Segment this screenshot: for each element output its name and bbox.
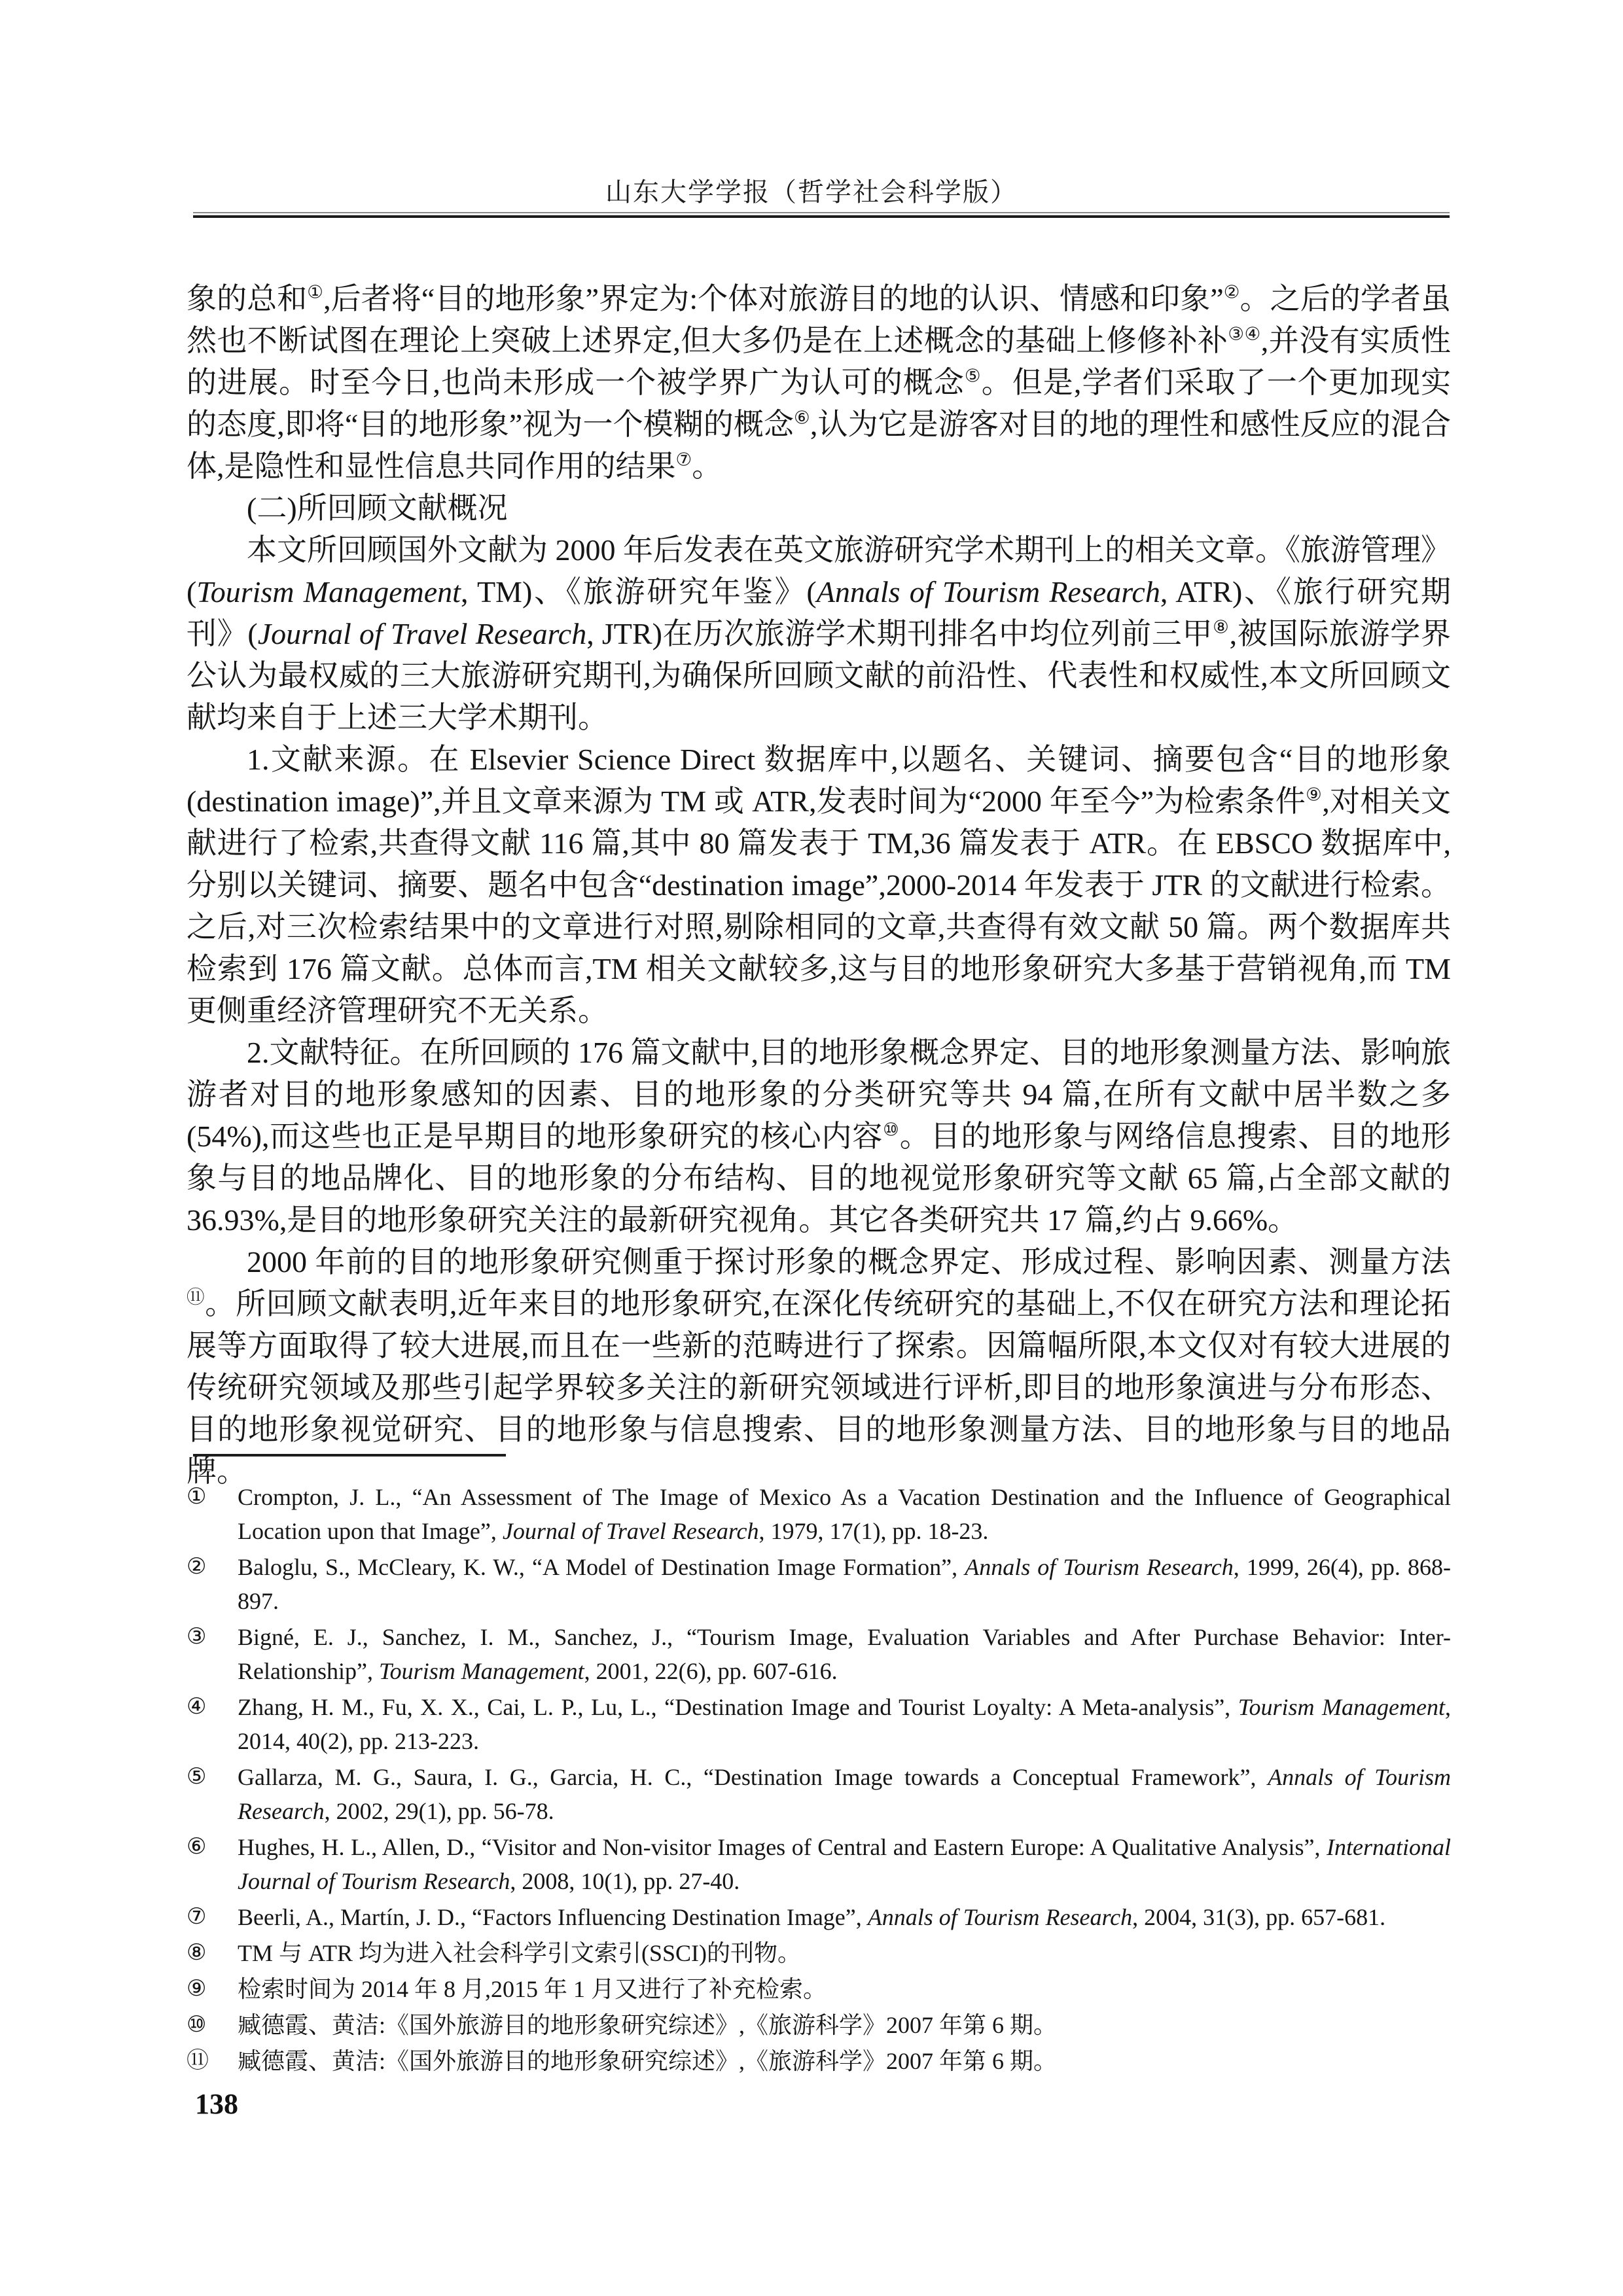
running-head-journal-title: 山东大学学报（哲学社会科学版） — [0, 171, 1623, 209]
journal-page: 山东大学学报（哲学社会科学版） 象的总和①,后者将“目的地形象”界定为:个体对旅… — [0, 0, 1623, 2296]
text-run: , 2008, 10(1), pp. 27-40. — [510, 1868, 740, 1894]
footnote-number: ⑪ — [187, 2044, 238, 2078]
footnote-text: Beerli, A., Martín, J. D., “Factors Infl… — [238, 1900, 1451, 1934]
footnote-item: ⑪臧德霞、黄洁:《国外旅游目的地形象研究综述》,《旅游科学》2007 年第 6 … — [187, 2044, 1451, 2078]
footnote-item: ⑧TM 与 ATR 均为进入社会科学引文索引(SSCI)的刊物。 — [187, 1936, 1451, 1970]
footnote-item: ⑤Gallarza, M. G., Saura, I. G., Garcia, … — [187, 1760, 1451, 1828]
footnote-text: Hughes, H. L., Allen, D., “Visitor and N… — [238, 1830, 1451, 1898]
footnote-text: TM 与 ATR 均为进入社会科学引文索引(SSCI)的刊物。 — [238, 1936, 1451, 1970]
body-paragraph: (二)所回顾文献概况 — [187, 487, 1451, 529]
text-run: Beerli, A., Martín, J. D., “Factors Infl… — [238, 1904, 868, 1930]
text-run: Journal of Travel Research — [258, 617, 586, 650]
article-body: 象的总和①,后者将“目的地形象”界定为:个体对旅游目的地的认识、情感和印象”②。… — [187, 278, 1451, 1492]
text-run: 1.文献来源。在 Elsevier Science Direct 数据库中,以题… — [187, 743, 1451, 818]
footnote-number: ⑨ — [187, 1972, 238, 2006]
text-run: Tourism Management — [1238, 1694, 1445, 1720]
text-run: , TM)、《旅游研究年鉴》( — [461, 575, 817, 609]
footnote-item: ④Zhang, H. M., Fu, X. X., Cai, L. P., Lu… — [187, 1690, 1451, 1758]
text-run: Journal of Travel Research — [503, 1518, 759, 1544]
footnote-reference-mark: ⑥ — [794, 408, 810, 428]
text-run: Hughes, H. L., Allen, D., “Visitor and N… — [238, 1834, 1327, 1860]
text-run: , JTR)在历次旅游学术期刊排名中均位列前三甲 — [586, 617, 1213, 650]
footnote-text: Baloglu, S., McCleary, K. W., “A Model o… — [238, 1550, 1451, 1618]
text-run: Gallarza, M. G., Saura, I. G., Garcia, H… — [238, 1764, 1268, 1790]
text-run: Annals of Tourism Research — [965, 1554, 1234, 1580]
footnote-number: ② — [187, 1550, 238, 1618]
footnote-text: 臧德霞、黄洁:《国外旅游目的地形象研究综述》,《旅游科学》2007 年第 6 期… — [238, 2044, 1451, 2078]
footnote-text: Zhang, H. M., Fu, X. X., Cai, L. P., Lu,… — [238, 1690, 1451, 1758]
text-run: ,对相关文献进行了检索,共查得文献 116 篇,其中 80 篇发表于 TM,36… — [187, 785, 1451, 1027]
text-run: 。所回顾文献表明,近年来目的地形象研究,在深化传统研究的基础上,不仅在研究方法和… — [187, 1287, 1451, 1488]
footnote-reference-mark: ② — [1224, 282, 1240, 302]
footnote-text: 检索时间为 2014 年 8 月,2015 年 1 月又进行了补充检索。 — [238, 1972, 1451, 2006]
footnote-number: ⑥ — [187, 1830, 238, 1898]
text-run: Annals of Tourism Research — [868, 1904, 1132, 1930]
footnote-reference-mark: ③④ — [1228, 324, 1260, 344]
header-rule-thin-line — [193, 212, 1450, 213]
footnote-item: ②Baloglu, S., McCleary, K. W., “A Model … — [187, 1550, 1451, 1618]
text-run: 检索时间为 2014 年 8 月,2015 年 1 月又进行了补充检索。 — [238, 1976, 827, 2002]
footnote-number: ⑩ — [187, 2008, 238, 2042]
body-paragraph: 象的总和①,后者将“目的地形象”界定为:个体对旅游目的地的认识、情感和印象”②。… — [187, 278, 1451, 487]
footnote-number: ⑤ — [187, 1760, 238, 1828]
text-run: , 1979, 17(1), pp. 18-23. — [758, 1518, 988, 1544]
footnote-reference-mark: ⑪ — [187, 1287, 205, 1307]
text-run: Tourism Management — [196, 575, 461, 609]
footnote-reference-mark: ⑦ — [676, 450, 692, 470]
footnote-text: Bigné, E. J., Sanchez, I. M., Sanchez, J… — [238, 1620, 1451, 1688]
text-run: , 2001, 22(6), pp. 607-616. — [584, 1658, 838, 1684]
footnote-reference-mark: ① — [307, 282, 323, 302]
text-run: 。 — [692, 450, 722, 483]
text-run: Zhang, H. M., Fu, X. X., Cai, L. P., Lu,… — [238, 1694, 1238, 1720]
footnote-item: ③Bigné, E. J., Sanchez, I. M., Sanchez, … — [187, 1620, 1451, 1688]
text-run: TM 与 ATR 均为进入社会科学引文索引(SSCI)的刊物。 — [238, 1940, 801, 1966]
footnote-item: ⑦Beerli, A., Martín, J. D., “Factors Inf… — [187, 1900, 1451, 1934]
footnote-separator-rule — [193, 1454, 506, 1457]
header-rule — [193, 212, 1450, 218]
footnote-reference-mark: ⑨ — [1306, 785, 1322, 805]
footnote-reference-mark: ⑧ — [1213, 617, 1229, 637]
footnote-number: ④ — [187, 1690, 238, 1758]
text-run: , 2002, 29(1), pp. 56-78. — [325, 1798, 554, 1824]
footnote-number: ⑧ — [187, 1936, 238, 1970]
footnote-text: Gallarza, M. G., Saura, I. G., Garcia, H… — [238, 1760, 1451, 1828]
footnotes-section: ①Crompton, J. L., “An Assessment of The … — [187, 1480, 1451, 2080]
page-number: 138 — [195, 2087, 238, 2121]
text-run: ,后者将“目的地形象”界定为:个体对旅游目的地的认识、情感和印象” — [323, 282, 1224, 315]
footnote-item: ①Crompton, J. L., “An Assessment of The … — [187, 1480, 1451, 1548]
footnote-number: ③ — [187, 1620, 238, 1688]
footnote-reference-mark: ⑤ — [965, 366, 982, 386]
body-paragraph: 1.文献来源。在 Elsevier Science Direct 数据库中,以题… — [187, 739, 1451, 1032]
text-run: (二)所回顾文献概况 — [247, 491, 508, 525]
footnote-text: 臧德霞、黄洁:《国外旅游目的地形象研究综述》,《旅游科学》2007 年第 6 期… — [238, 2008, 1451, 2042]
footnote-item: ⑩臧德霞、黄洁:《国外旅游目的地形象研究综述》,《旅游科学》2007 年第 6 … — [187, 2008, 1451, 2042]
footnote-text: Crompton, J. L., “An Assessment of The I… — [238, 1480, 1451, 1548]
text-run: 2000 年前的目的地形象研究侧重于探讨形象的概念界定、形成过程、影响因素、测量… — [247, 1245, 1451, 1279]
footnote-number: ① — [187, 1480, 238, 1548]
body-paragraph: 本文所回顾国外文献为 2000 年后发表在英文旅游研究学术期刊上的相关文章。《旅… — [187, 529, 1451, 739]
footnote-item: ⑥Hughes, H. L., Allen, D., “Visitor and … — [187, 1830, 1451, 1898]
header-rule-thick-line — [193, 215, 1450, 218]
text-run: , 2004, 31(3), pp. 657-681. — [1132, 1904, 1385, 1930]
text-run: 臧德霞、黄洁:《国外旅游目的地形象研究综述》,《旅游科学》2007 年第 6 期… — [238, 2012, 1057, 2038]
text-run: Annals of Tourism Research — [817, 575, 1160, 609]
text-run: Baloglu, S., McCleary, K. W., “A Model o… — [238, 1554, 965, 1580]
text-run: Tourism Management — [379, 1658, 584, 1684]
text-run: 象的总和 — [187, 282, 307, 315]
text-run: 臧德霞、黄洁:《国外旅游目的地形象研究综述》,《旅游科学》2007 年第 6 期… — [238, 2048, 1057, 2074]
footnote-item: ⑨检索时间为 2014 年 8 月,2015 年 1 月又进行了补充检索。 — [187, 1972, 1451, 2006]
body-paragraph: 2.文献特征。在所回顾的 176 篇文献中,目的地形象概念界定、目的地形象测量方… — [187, 1032, 1451, 1241]
footnote-reference-mark: ⑩ — [883, 1120, 900, 1140]
footnote-number: ⑦ — [187, 1900, 238, 1934]
